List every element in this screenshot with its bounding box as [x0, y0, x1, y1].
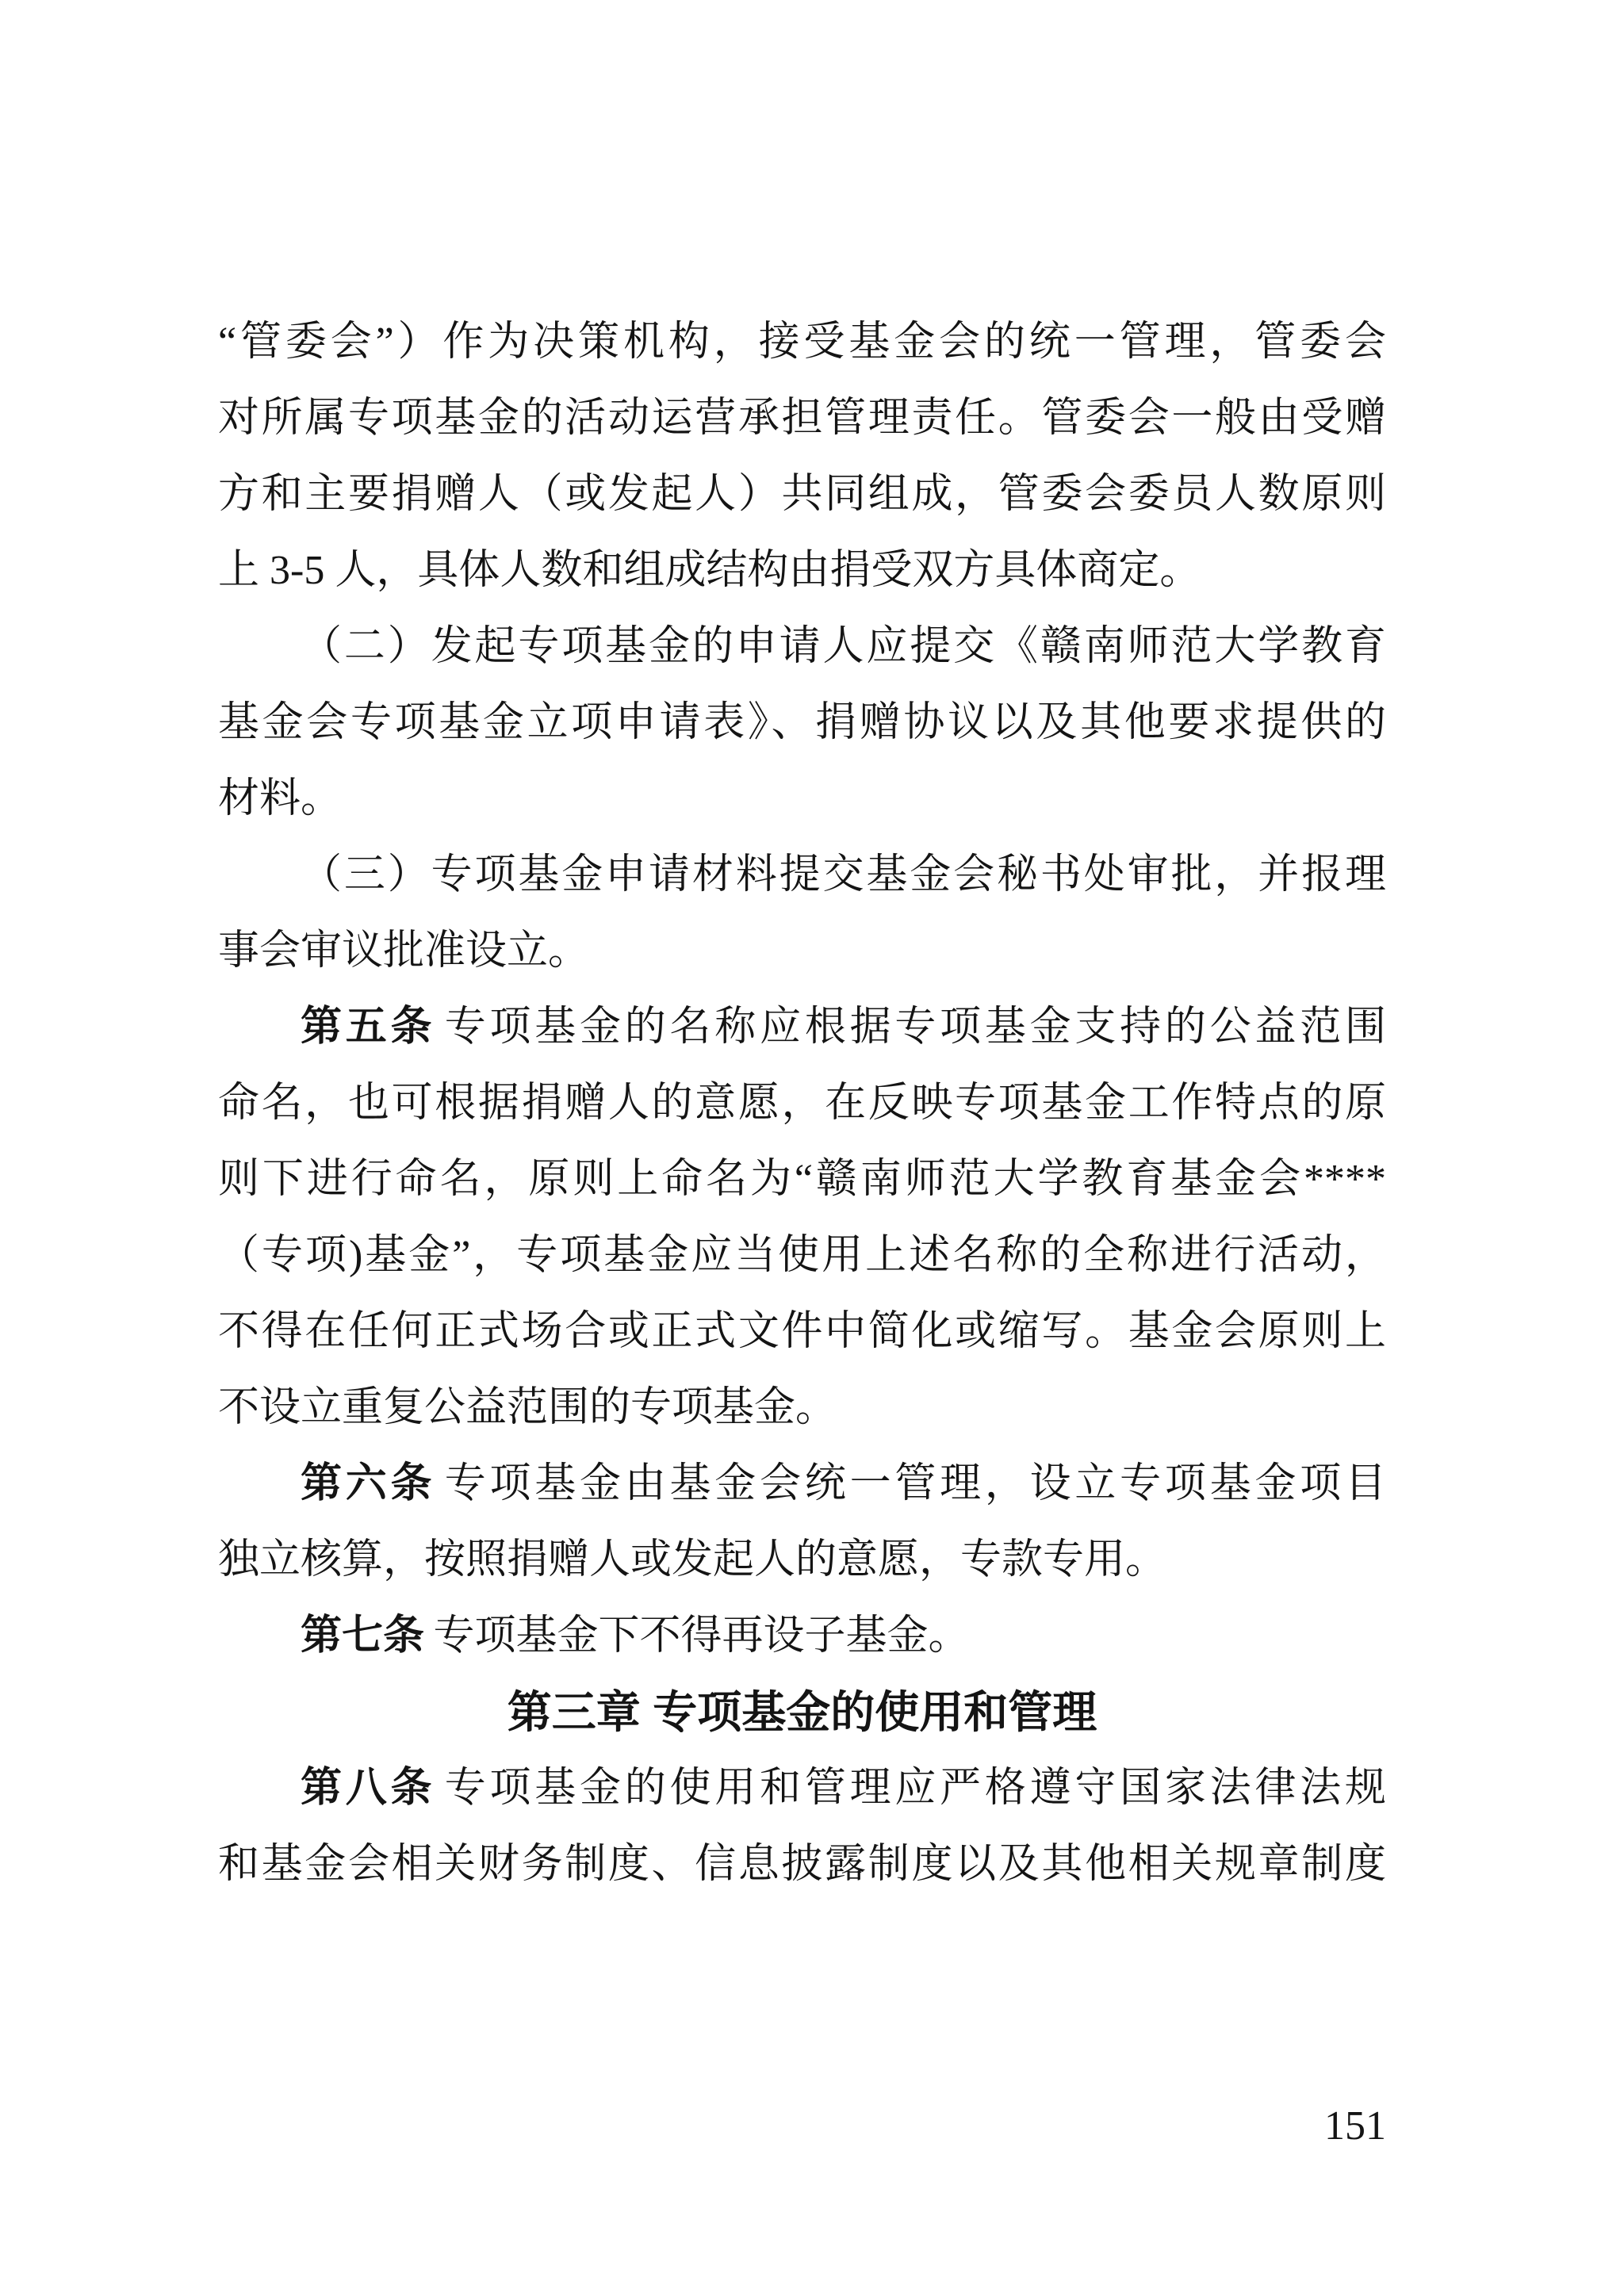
body-line-text: 专项基金的名称应根据专项基金支持的公益范围 — [445, 1004, 1386, 1050]
body-line: 材料。 — [218, 761, 1386, 837]
article-number-label: 第八条 — [301, 1766, 435, 1811]
article-number-label: 第七条 — [301, 1613, 424, 1659]
body-line: 不设立重复公益范围的专项基金。 — [218, 1370, 1386, 1446]
article-number-label: 第六条 — [301, 1461, 435, 1506]
body-line-text: 专项基金下不得再设子基金。 — [433, 1613, 969, 1659]
chapter-heading: 第三章 专项基金的使用和管理 — [218, 1674, 1386, 1751]
body-line: 第六条专项基金由基金会统一管理，设立专项基金项目 — [218, 1446, 1386, 1522]
body-line: 独立核算，按照捐赠人或发起人的意愿，专款专用。 — [218, 1522, 1386, 1598]
body-line-text: 专项基金由基金会统一管理，设立专项基金项目 — [445, 1461, 1386, 1506]
body-line: 基金会专项基金立项申请表》、捐赠协议以及其他要求提供的 — [218, 685, 1386, 761]
body-line: （专项)基金”，专项基金应当使用上述名称的全称进行活动， — [218, 1218, 1386, 1294]
body-line-text: 专项基金的使用和管理应严格遵守国家法律法规 — [445, 1766, 1386, 1811]
body-line: 不得在任何正式场合或正式文件中简化或缩写。基金会原则上 — [218, 1294, 1386, 1370]
body-line: 第五条专项基金的名称应根据专项基金支持的公益范围 — [218, 989, 1386, 1066]
body-line: （二）发起专项基金的申请人应提交《赣南师范大学教育 — [218, 609, 1386, 685]
body-line: 和基金会相关财务制度、信息披露制度以及其他相关规章制度 — [218, 1827, 1386, 1903]
body-line: 则下进行命名，原则上命名为“赣南师范大学教育基金会**** — [218, 1142, 1386, 1218]
document-body: “管委会”）作为决策机构，接受基金会的统一管理，管委会 对所属专项基金的活动运营… — [218, 304, 1386, 1903]
page-number: 151 — [218, 2103, 1386, 2150]
body-line: 上 3-5 人，具体人数和组成结构由捐受双方具体商定。 — [218, 533, 1386, 609]
body-line: 事会审议批准设立。 — [218, 913, 1386, 989]
body-line: “管委会”）作为决策机构，接受基金会的统一管理，管委会 — [218, 304, 1386, 381]
body-line: 命名，也可根据捐赠人的意愿，在反映专项基金工作特点的原 — [218, 1066, 1386, 1142]
body-line: 第七条专项基金下不得再设子基金。 — [218, 1598, 1386, 1674]
body-line: 方和主要捐赠人（或发起人）共同组成，管委会委员人数原则 — [218, 457, 1386, 533]
body-line: 对所属专项基金的活动运营承担管理责任。管委会一般由受赠 — [218, 381, 1386, 457]
body-line: （三）专项基金申请材料提交基金会秘书处审批，并报理 — [218, 837, 1386, 913]
body-line: 第八条专项基金的使用和管理应严格遵守国家法律法规 — [218, 1751, 1386, 1827]
article-number-label: 第五条 — [301, 1004, 435, 1050]
